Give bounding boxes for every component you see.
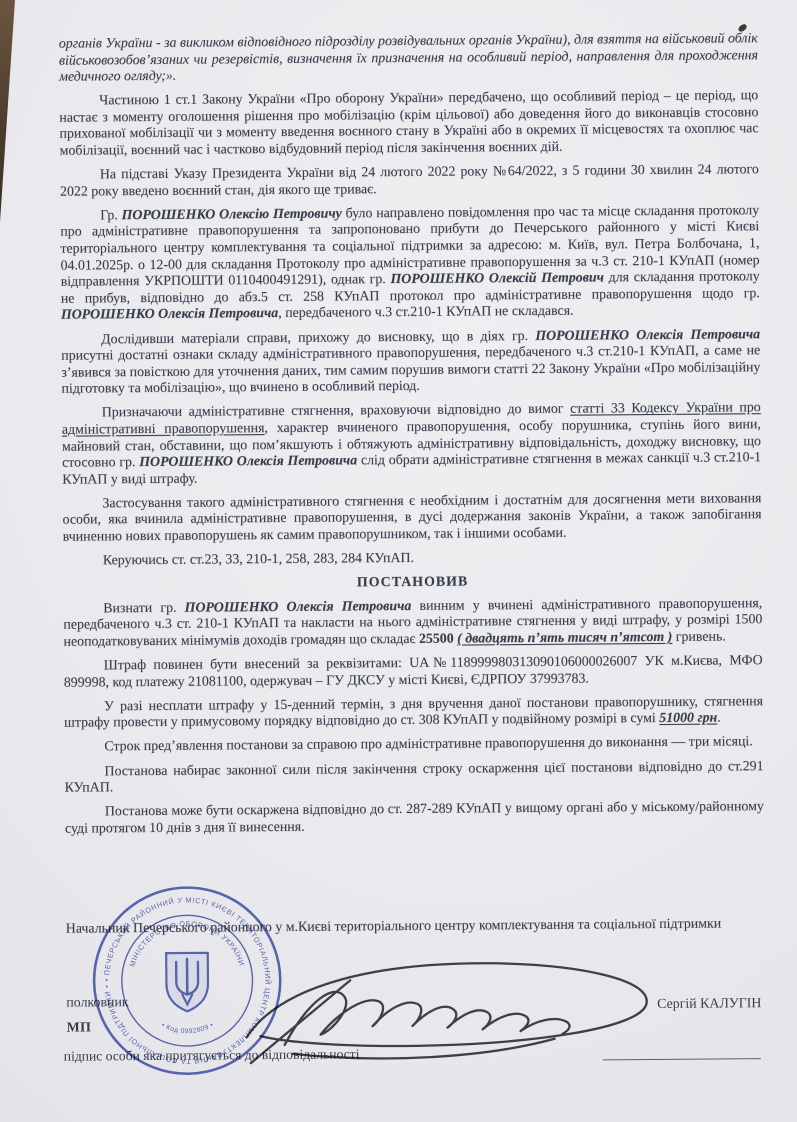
legal-grounds: Керуючись ст. ст.23, 33, 210-1, 258, 283… xyxy=(63,548,762,570)
photo-of-document: { "page": { "paper_color": "#e9e9ed", "i… xyxy=(0,0,797,1122)
sheet-content: органів України - за викликом відповідно… xyxy=(0,0,797,1122)
quoted-law-excerpt: органів України - за викликом відповідно… xyxy=(59,31,758,86)
handwritten-signature xyxy=(232,954,675,1071)
enforcement-term: Строк пред’явлення постанови за справою … xyxy=(64,735,763,757)
resolution-heading: ПОСТАНОВИВ xyxy=(63,572,762,594)
case-findings: Дослідивши матеріали справи, прихожу до … xyxy=(61,327,760,399)
resolution-guilty: Визнати гр. ПОРОШЕНКО Олексія Петровича … xyxy=(63,596,762,651)
stamp-code-text: • Код 0992809 • xyxy=(160,1021,215,1035)
non-payment-warning: У разі несплати штрафу у 15-денний термі… xyxy=(64,694,763,733)
martial-law-basis: На підставі Указу Президента України від… xyxy=(60,162,759,201)
document-sheet: органів України - за викликом відповідно… xyxy=(0,0,797,1122)
notification-details: Гр. ПОРОШЕНКО Олексію Петровичу було нап… xyxy=(60,203,760,325)
document-body: органів України - за викликом відповідно… xyxy=(0,0,797,839)
penalty-considerations: Призначаючи адміністративне стягнення, в… xyxy=(62,401,762,489)
legal-force: Постанова набирає законної сили після за… xyxy=(64,759,763,798)
trident-icon xyxy=(166,953,208,1012)
payment-details: Штраф повинен бути внесений за реквізита… xyxy=(64,653,763,692)
appeal-procedure: Постанова може бути оскаржена відповідно… xyxy=(65,799,764,838)
special-period-definition: Частиною 1 ст.1 Закону України «Про обор… xyxy=(59,88,758,160)
penalty-justification: Застосування такого адміністративного ст… xyxy=(62,491,761,546)
